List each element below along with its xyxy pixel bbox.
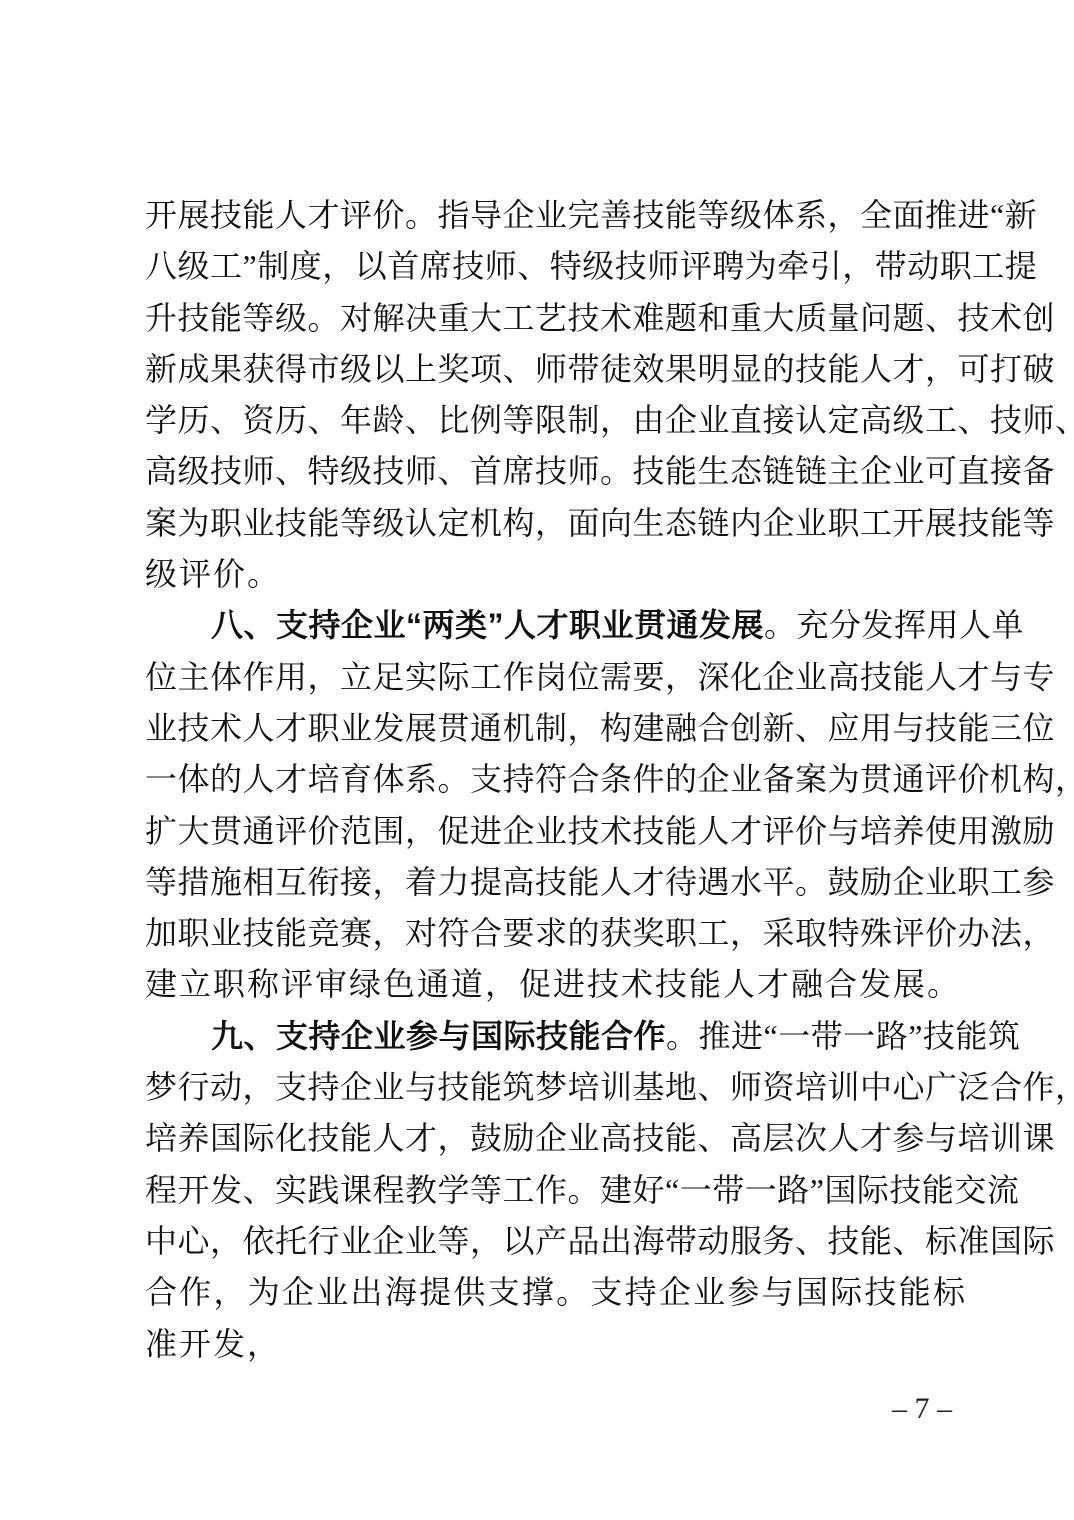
text-run: 。充分发挥用人单	[764, 607, 1024, 643]
text-line: 业技术人才职业发展贯通机制，构建融合创新、应用与技能三位	[145, 703, 967, 754]
text-line: 合作，为企业出海提供支撑。支持企业参与国际技能标准开发，	[145, 1267, 967, 1318]
section-8-heading: 八、支持企业“两类”人才职业贯通发展	[211, 607, 764, 643]
text-line: 扩大贯通评价范围，促进企业技术技能人才评价与培养使用激励	[145, 806, 967, 857]
text-run: 。推进“一带一路”技能筑	[666, 1018, 1020, 1054]
document-page: 开展技能人才评价。指导企业完善技能等级体系，全面推进“新 八级工”制度，以首席技…	[0, 0, 1074, 1520]
text-line: 案为职业技能等级认定机构，面向生态链内企业职工开展技能等	[145, 498, 967, 549]
text-line: 程开发、实践课程教学等工作。建好“一带一路”国际技能交流	[145, 1165, 967, 1216]
section-8-first-line: 八、支持企业“两类”人才职业贯通发展。充分发挥用人单	[145, 600, 967, 651]
text-line: 新成果获得市级以上奖项、师带徒效果明显的技能人才，可打破	[145, 344, 967, 395]
text-line: 培养国际化技能人才，鼓励企业高技能、高层次人才参与培训课	[145, 1113, 967, 1164]
text-line: 一体的人才培育体系。支持符合条件的企业备案为贯通评价机构，	[145, 754, 967, 805]
text-line: 开展技能人才评价。指导企业完善技能等级体系，全面推进“新	[145, 190, 967, 241]
page-number: – 7 –	[862, 1391, 982, 1427]
section-9-heading: 九、支持企业参与国际技能合作	[211, 1018, 666, 1054]
document-body: 开展技能人才评价。指导企业完善技能等级体系，全面推进“新 八级工”制度，以首席技…	[145, 190, 967, 1319]
text-line: 学历、资历、年龄、比例等限制，由企业直接认定高级工、技师、	[145, 395, 967, 446]
text-line: 位主体作用，立足实际工作岗位需要，深化企业高技能人才与专	[145, 652, 967, 703]
text-line: 八级工”制度，以首席技师、特级技师评聘为牵引，带动职工提	[145, 241, 967, 292]
text-line: 加职业技能竞赛，对符合要求的获奖职工，采取特殊评价办法，	[145, 908, 967, 959]
text-line: 级评价。	[145, 549, 967, 600]
text-line: 中心，依托行业企业等，以产品出海带动服务、技能、标准国际	[145, 1216, 967, 1267]
text-line: 高级技师、特级技师、首席技师。技能生态链链主企业可直接备	[145, 446, 967, 497]
section-9-first-line: 九、支持企业参与国际技能合作。推进“一带一路”技能筑	[145, 1011, 967, 1062]
text-line: 升技能等级。对解决重大工艺技术难题和重大质量问题、技术创	[145, 293, 967, 344]
text-line: 建立职称评审绿色通道，促进技术技能人才融合发展。	[145, 959, 967, 1010]
text-line: 梦行动，支持企业与技能筑梦培训基地、师资培训中心广泛合作，	[145, 1062, 967, 1113]
text-line: 等措施相互衔接，着力提高技能人才待遇水平。鼓励企业职工参	[145, 857, 967, 908]
